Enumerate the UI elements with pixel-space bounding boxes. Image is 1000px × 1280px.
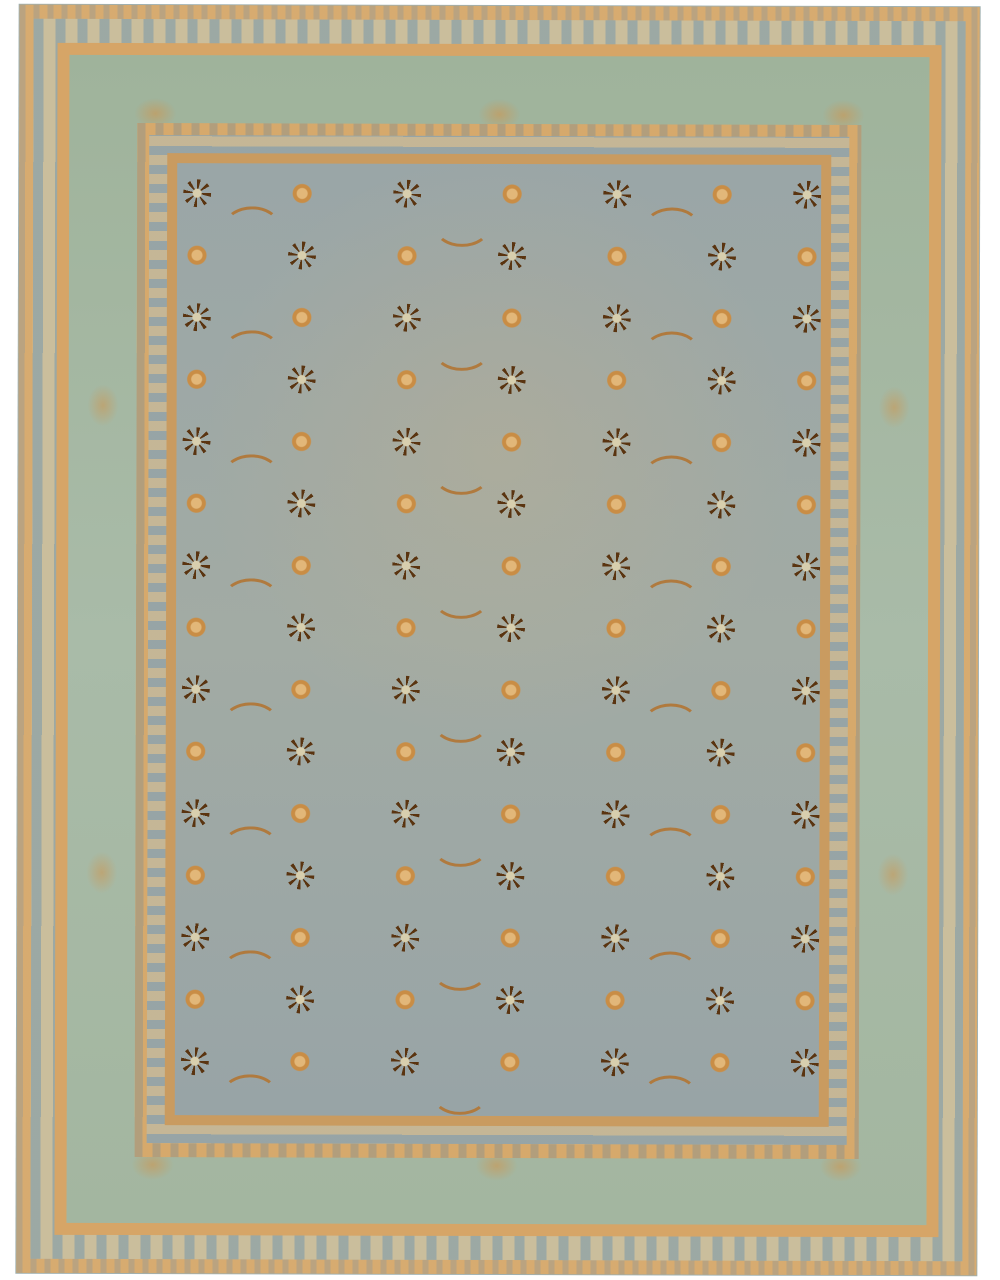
rosette-motif — [497, 614, 525, 642]
rosette-motif — [601, 1048, 629, 1076]
rosette-motif — [287, 489, 315, 517]
palmette-motif — [186, 244, 208, 266]
rosette-motif — [182, 675, 210, 703]
rosette-motif — [602, 552, 630, 580]
rosette-motif — [602, 676, 630, 704]
rosette-motif — [391, 924, 419, 952]
leaf-motif — [432, 951, 488, 991]
palmette-motif — [396, 245, 418, 267]
palmette-motif — [395, 741, 417, 763]
palmette-motif — [710, 680, 732, 702]
rosette-motif — [288, 241, 316, 269]
rosette-motif — [183, 303, 211, 331]
leaf-motif — [223, 702, 279, 742]
palmette-motif — [605, 741, 627, 763]
leaf-motif — [433, 703, 489, 743]
rosette-motif — [392, 800, 420, 828]
leaf-motif — [642, 827, 698, 867]
palmette-motif — [709, 928, 731, 950]
rosette-motif — [287, 737, 315, 765]
rosette-motif — [603, 180, 631, 208]
palmette-motif — [500, 555, 522, 577]
leaf-motif — [434, 331, 490, 371]
palmette-motif — [796, 370, 818, 392]
palmette-motif — [289, 926, 311, 948]
leaf-motif — [644, 207, 700, 247]
leaf-motif — [223, 578, 279, 618]
palmette-motif — [606, 245, 628, 267]
rosette-motif — [706, 987, 734, 1015]
rosette-motif — [601, 924, 629, 952]
palmette-motif — [185, 616, 207, 638]
rosette-motif — [792, 553, 820, 581]
rosette-motif — [288, 365, 316, 393]
rug — [16, 5, 979, 1276]
leaf-motif — [222, 950, 278, 990]
palmette-motif — [395, 617, 417, 639]
leaf-motif — [433, 579, 489, 619]
rosette-motif — [496, 862, 524, 890]
palmette-motif — [710, 804, 732, 826]
palmette-motif — [394, 989, 416, 1011]
rosette-motif — [286, 985, 314, 1013]
rosette-motif — [496, 986, 524, 1014]
palmette-motif — [395, 493, 417, 515]
rosette-motif — [181, 1047, 209, 1075]
leaf-motif — [432, 1075, 488, 1115]
rosette-motif — [392, 676, 420, 704]
rosette-motif — [707, 615, 735, 643]
palmette-motif — [604, 865, 626, 887]
rosette-motif — [708, 367, 736, 395]
palmette-motif — [711, 184, 733, 206]
rosette-motif — [497, 738, 525, 766]
rosette-motif — [183, 179, 211, 207]
rosette-motif — [393, 180, 421, 208]
rosette-motif — [791, 925, 819, 953]
palmette-motif — [499, 1051, 521, 1073]
palmette-motif — [291, 306, 313, 328]
palmette-motif — [499, 927, 521, 949]
rosette-motif — [391, 1048, 419, 1076]
palmette-motif — [186, 368, 208, 390]
palmette-motif — [500, 803, 522, 825]
rosette-motif — [602, 428, 630, 456]
rosette-motif — [791, 1049, 819, 1077]
rosette-motif — [182, 551, 210, 579]
rosette-motif — [181, 923, 209, 951]
palmette-motif — [605, 493, 627, 515]
palmette-motif — [795, 742, 817, 764]
leaf-motif — [224, 206, 280, 246]
palmette-motif — [185, 740, 207, 762]
leaf-motif — [222, 826, 278, 866]
palmette-motif — [710, 556, 732, 578]
rosette-motif — [792, 677, 820, 705]
rosette-motif — [498, 366, 526, 394]
palmette-motif — [501, 307, 523, 329]
palmette-motif — [500, 679, 522, 701]
rosette-motif — [393, 304, 421, 332]
leaf-motif — [432, 827, 488, 867]
rosette-motif — [708, 243, 736, 271]
palmette-motif — [184, 864, 206, 886]
leaf-motif — [223, 454, 279, 494]
rosette-motif — [707, 491, 735, 519]
palmette-motif — [605, 617, 627, 639]
palmette-motif — [290, 554, 312, 576]
leaf-motif — [642, 1075, 698, 1115]
rosette-motif — [793, 181, 821, 209]
rosette-motif — [392, 428, 420, 456]
rosette-motif — [497, 490, 525, 518]
palmette-motif — [794, 866, 816, 888]
palmette-motif — [394, 865, 416, 887]
palmette-motif — [501, 183, 523, 205]
palmette-motif — [710, 432, 732, 454]
rosette-motif — [603, 304, 631, 332]
palmette-motif — [500, 431, 522, 453]
rosette-motif — [793, 305, 821, 333]
leaf-motif — [643, 455, 699, 495]
palmette-motif — [795, 494, 817, 516]
palmette-motif — [604, 989, 626, 1011]
palmette-motif — [291, 182, 313, 204]
rosette-motif — [792, 801, 820, 829]
palmette-motif — [795, 618, 817, 640]
leaf-motif — [222, 1074, 278, 1114]
palmette-motif — [396, 369, 418, 391]
palmette-motif — [185, 492, 207, 514]
palmette-motif — [709, 1052, 731, 1074]
rosette-motif — [707, 739, 735, 767]
leaf-motif — [433, 455, 489, 495]
palmette-motif — [289, 1050, 311, 1072]
rug-field — [175, 163, 821, 1117]
rosette-motif — [182, 427, 210, 455]
leaf-motif — [434, 207, 490, 247]
palmette-motif — [606, 369, 628, 391]
rosette-motif — [498, 242, 526, 270]
palmette-motif — [794, 990, 816, 1012]
palmette-motif — [184, 988, 206, 1010]
palmette-motif — [290, 678, 312, 700]
rosette-motif — [286, 861, 314, 889]
leaf-motif — [643, 579, 699, 619]
rosette-motif — [182, 799, 210, 827]
rosette-motif — [602, 800, 630, 828]
leaf-motif — [642, 951, 698, 991]
leaf-motif — [224, 330, 280, 370]
rosette-motif — [792, 429, 820, 457]
leaf-motif — [643, 703, 699, 743]
leaf-motif — [644, 331, 700, 371]
palmette-motif — [290, 802, 312, 824]
rosette-motif — [287, 613, 315, 641]
palmette-motif — [290, 430, 312, 452]
rosette-motif — [706, 863, 734, 891]
rosette-motif — [392, 552, 420, 580]
palmette-motif — [711, 308, 733, 330]
palmette-motif — [796, 246, 818, 268]
